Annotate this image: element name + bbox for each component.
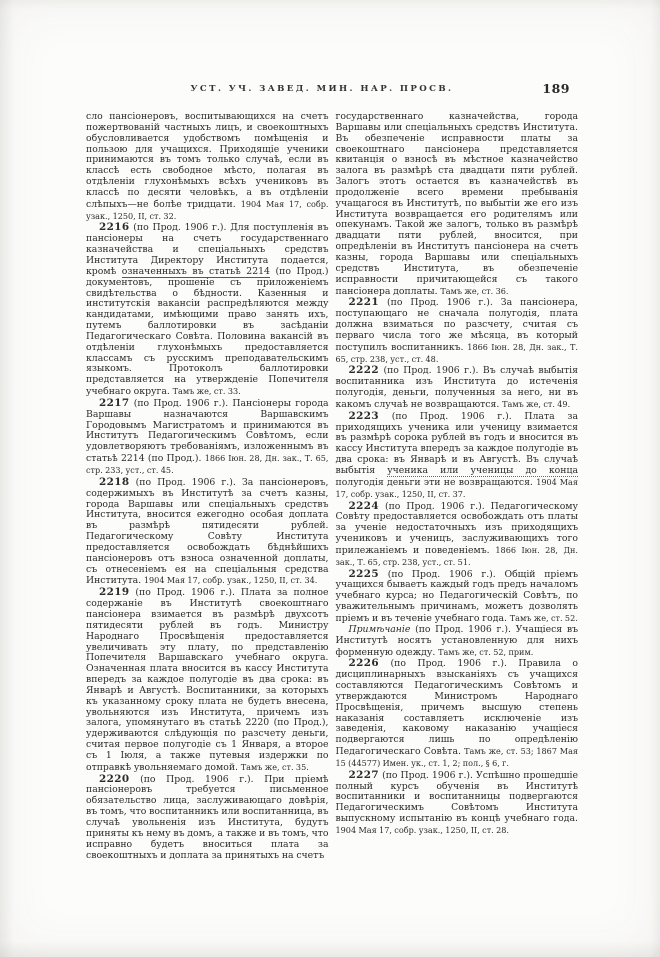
article-number: 2222 xyxy=(349,364,380,376)
page-number: 189 xyxy=(542,81,570,96)
article-number: 2227 xyxy=(349,769,380,781)
page-content: УСТ. УЧ. ЗАВЕД. МИН. НАР. ПРОСВ. 189 сло… xyxy=(86,84,578,861)
paragraph-article-2221: 2221 (по Прод. 1906 г.). За пансіонера, … xyxy=(336,297,579,365)
citation-text: Тамъ же, ст. 52, прим. xyxy=(438,647,533,657)
text-run: Примѣчаніе xyxy=(349,624,411,635)
running-head: УСТ. УЧ. ЗАВЕД. МИН. НАР. ПРОСВ. 189 xyxy=(86,84,578,98)
article-number: 2221 xyxy=(349,296,380,308)
paragraph-article-2220: 2220 (по Прод. 1906 г.). При пріемѣ панс… xyxy=(86,774,329,862)
text-columns: сло пансіонеровъ, воспитывающихся на сче… xyxy=(86,112,578,861)
paragraph-article-2216: 2216 (по Прод. 1906 г.). Для поступленія… xyxy=(86,222,329,398)
citation-text: Тамъ же, ст. 52. xyxy=(510,613,578,623)
text-run: (по Прод.) документовъ, прошеніе съ прил… xyxy=(86,266,329,397)
article-number: 2218 xyxy=(99,476,130,488)
citation-text: 1904 Мая 17, собр. узак., 1250, II, ст. … xyxy=(144,575,318,585)
text-run: (по Прод. 1906 г.). Плата за полное соде… xyxy=(86,587,329,773)
paragraph-article-2224: 2224 (по Прод. 1906 г.). Педагогическому… xyxy=(336,501,579,569)
text-run: сло пансіонеровъ, воспитывающихся на сче… xyxy=(86,111,329,210)
article-number: 2220 xyxy=(99,773,130,785)
document-page: УСТ. УЧ. ЗАВЕД. МИН. НАР. ПРОСВ. 189 сло… xyxy=(0,0,660,957)
text-run: ученика или ученицы до конца xyxy=(387,465,578,477)
article-number: 2219 xyxy=(99,586,130,598)
paragraph-article-2222: 2222 (по Прод. 1906 г.). Въ случаѣ выбыт… xyxy=(336,365,579,410)
paragraph-continuation: государственнаго казначейства, города Ва… xyxy=(336,112,579,297)
paragraph-article-2225: 2225 (по Прод. 1906 г.). Общій пріемъ уч… xyxy=(336,569,579,625)
citation-text: Тамъ же, ст. 49. xyxy=(502,399,570,409)
paragraph-article-2218: 2218 (по Прод. 1906 г.). За пансіонеровъ… xyxy=(86,477,329,587)
citation-text: Тамъ же, ст. 36. xyxy=(440,286,508,296)
paragraph-continuation: сло пансіонеровъ, воспитывающихся на сче… xyxy=(86,112,329,222)
paragraph-note: Примѣчаніе (по Прод. 1906 г.). Учащіеся … xyxy=(336,625,579,659)
text-run: (по Прод. 1906 г.). За пансіонеровъ, сод… xyxy=(86,477,329,587)
paragraph-article-2226: 2226 (по Прод. 1906 г.). Правила о дисци… xyxy=(336,658,579,769)
citation-text: Тамъ же, ст. 35. xyxy=(241,762,309,772)
column-right: государственнаго казначейства, города Ва… xyxy=(336,112,579,861)
column-left: сло пансіонеровъ, воспитывающихся на сче… xyxy=(86,112,329,861)
text-run: (по Прод. 1906 г.). Правила о дисциплина… xyxy=(336,658,579,757)
text-run: (по Прод. 1906 г.). При пріемѣ пансіонер… xyxy=(86,774,329,861)
article-number: 2226 xyxy=(349,657,380,669)
paragraph-article-2223: 2223 (по Прод. 1906 г.). Плата за приход… xyxy=(336,411,579,501)
article-number: 2217 xyxy=(99,397,130,409)
running-head-title: УСТ. УЧ. ЗАВЕД. МИН. НАР. ПРОСВ. xyxy=(86,84,558,94)
text-run: государственнаго казначейства, города Ва… xyxy=(336,111,579,297)
paragraph-article-2219: 2219 (по Прод. 1906 г.). Плата за полное… xyxy=(86,587,329,773)
citation-text: Тамъ же, ст. 33. xyxy=(173,386,241,396)
article-number: 2216 xyxy=(99,221,130,233)
article-number: 2224 xyxy=(349,500,380,512)
article-number: 2225 xyxy=(349,568,380,580)
article-number: 2223 xyxy=(349,410,380,422)
citation-text: 1904 Мая 17, собр. узак., 1250, II, ст. … xyxy=(336,825,510,835)
text-run: полугодія деньги эти не возвращаются. xyxy=(336,477,537,488)
paragraph-article-2227: 2227 (по Прод. 1906 г.). Успѣшно прошедш… xyxy=(336,770,579,837)
paragraph-article-2217: 2217 (по Прод. 1906 г.). Пансіонеры горо… xyxy=(86,398,329,477)
